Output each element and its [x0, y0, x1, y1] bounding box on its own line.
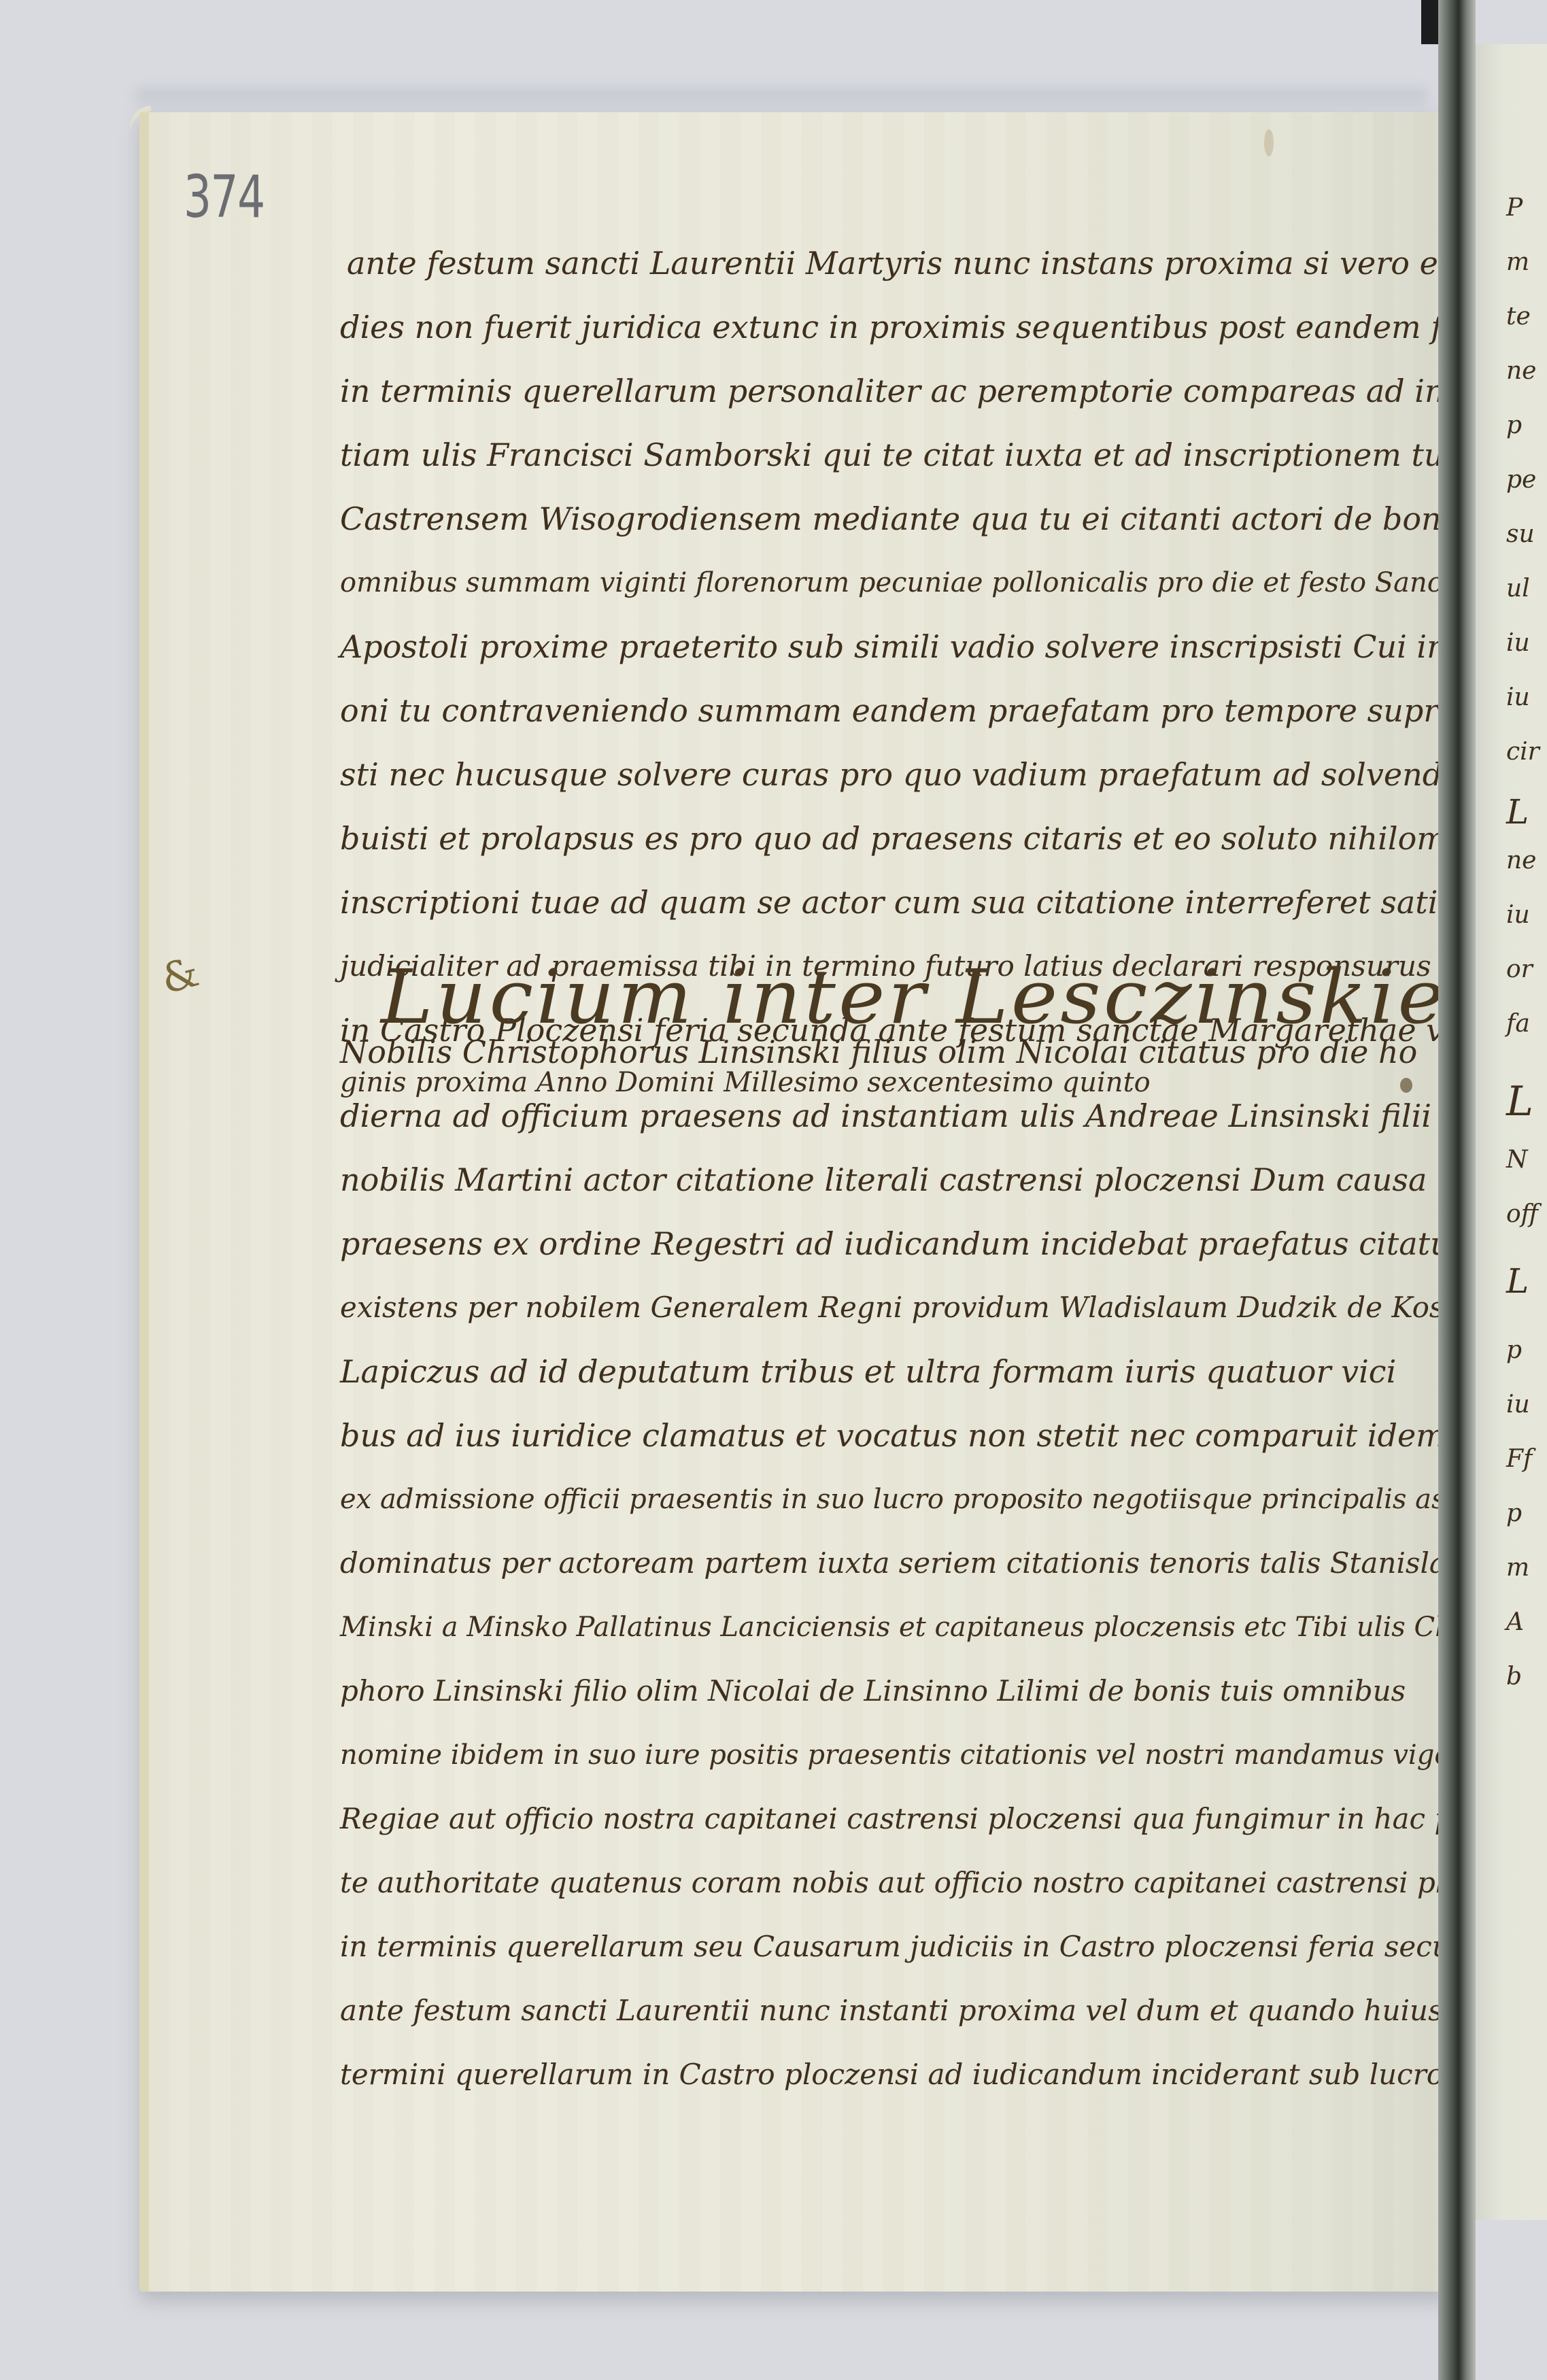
book-gutter	[1438, 0, 1476, 2380]
text-line: ante festum sancti Laurentii nunc instan…	[340, 1979, 1360, 2043]
fragment: p	[1506, 1336, 1522, 1364]
fragment: cir	[1506, 738, 1540, 766]
text-line: inscriptioni tuae ad quam se actor cum s…	[340, 870, 1360, 934]
text-line: dominatus per actoream partem iuxta seri…	[340, 1531, 1360, 1595]
paragraph-2: Nobilis Christophorus Linsinski filius o…	[340, 1020, 1360, 2107]
fragment: p	[1506, 1499, 1522, 1527]
text-line: Minski a Minsko Pallatinus Lanciciensis …	[340, 1595, 1360, 1659]
fragment: iu	[1506, 683, 1530, 711]
text-line: in terminis querellarum personaliter ac …	[340, 359, 1360, 423]
fragment: L	[1506, 1078, 1533, 1125]
text-line: buisti et prolapsus es pro quo ad praese…	[340, 806, 1360, 870]
ink-stain	[1264, 129, 1274, 156]
fragment: iu	[1506, 901, 1530, 929]
fragment: ne	[1506, 847, 1537, 874]
fragment: ul	[1506, 575, 1530, 602]
text-line: tiam ulis Francisci Samborski qui te cit…	[340, 423, 1360, 487]
fragment: P	[1506, 194, 1523, 222]
text-line: Apostoli proxime praeterito sub simili v…	[340, 615, 1360, 679]
fragment: L	[1506, 792, 1529, 832]
fragment: Ff	[1506, 1445, 1532, 1473]
fragment: off	[1506, 1200, 1538, 1228]
text-line: dies non fuerit juridica extunc in proxi…	[340, 295, 1360, 359]
fragment: m	[1506, 1554, 1529, 1582]
text-line: nobilis Martini actor citatione literali…	[340, 1148, 1360, 1212]
text-line: ex admissione officii praesentis in suo …	[340, 1467, 1360, 1531]
text-line: existens per nobilem Generalem Regni pro…	[340, 1276, 1360, 1340]
ink-blot	[1400, 1078, 1412, 1093]
text-line: bus ad ius iuridice clamatus et vocatus …	[340, 1404, 1360, 1467]
fragment: ne	[1506, 357, 1537, 385]
fragment: N	[1506, 1146, 1528, 1174]
text-line: nomine ibidem in suo iure positis praese…	[340, 1723, 1360, 1787]
adjacent-page-edge: P m te ne p pe su ul iu iu cir L ne iu o…	[1476, 44, 1547, 2220]
text-line: oni tu contraveniendo summam eandem prae…	[340, 679, 1360, 743]
fragment: A	[1506, 1608, 1524, 1636]
text-line: sti nec hucusque solvere curas pro quo v…	[340, 743, 1360, 806]
fragment: te	[1506, 303, 1531, 330]
text-line: ante festum sancti Laurentii Martyris nu…	[340, 231, 1360, 295]
folio-number: 374	[184, 163, 265, 231]
text-line: praesens ex ordine Regestri ad iudicandu…	[340, 1212, 1360, 1276]
fragment: su	[1506, 520, 1535, 548]
text-line: Nobilis Christophorus Linsinski filius o…	[340, 1020, 1360, 1084]
text-line: dierna ad officium praesens ad instantia…	[340, 1084, 1360, 1148]
fragment: p	[1506, 411, 1522, 439]
fragment: m	[1506, 248, 1529, 276]
fragment: L	[1506, 1261, 1529, 1301]
fragment: b	[1506, 1663, 1522, 1690]
fragment: iu	[1506, 1391, 1530, 1418]
text-line: Castrensem Wisogrodiensem mediante qua t…	[340, 487, 1360, 551]
page-shadow	[136, 88, 1428, 116]
text-line: Lapiczus ad id deputatum tribus et ultra…	[340, 1340, 1360, 1404]
text-line: termini querellarum in Castro ploczensi …	[340, 2043, 1360, 2107]
fragment: fa	[1506, 1010, 1530, 1038]
fragment: iu	[1506, 629, 1530, 657]
text-line: Regiae aut officio nostra capitanei cast…	[340, 1787, 1360, 1851]
text-line: phoro Linsinski filio olim Nicolai de Li…	[340, 1659, 1360, 1723]
text-line: omnibus summam viginti florenorum pecuni…	[340, 551, 1360, 615]
fragment: pe	[1506, 466, 1536, 494]
text-line: in terminis querellarum seu Causarum jud…	[340, 1915, 1360, 1979]
fragment: or	[1506, 955, 1533, 983]
text-line: te authoritate quatenus coram nobis aut …	[340, 1851, 1360, 1915]
